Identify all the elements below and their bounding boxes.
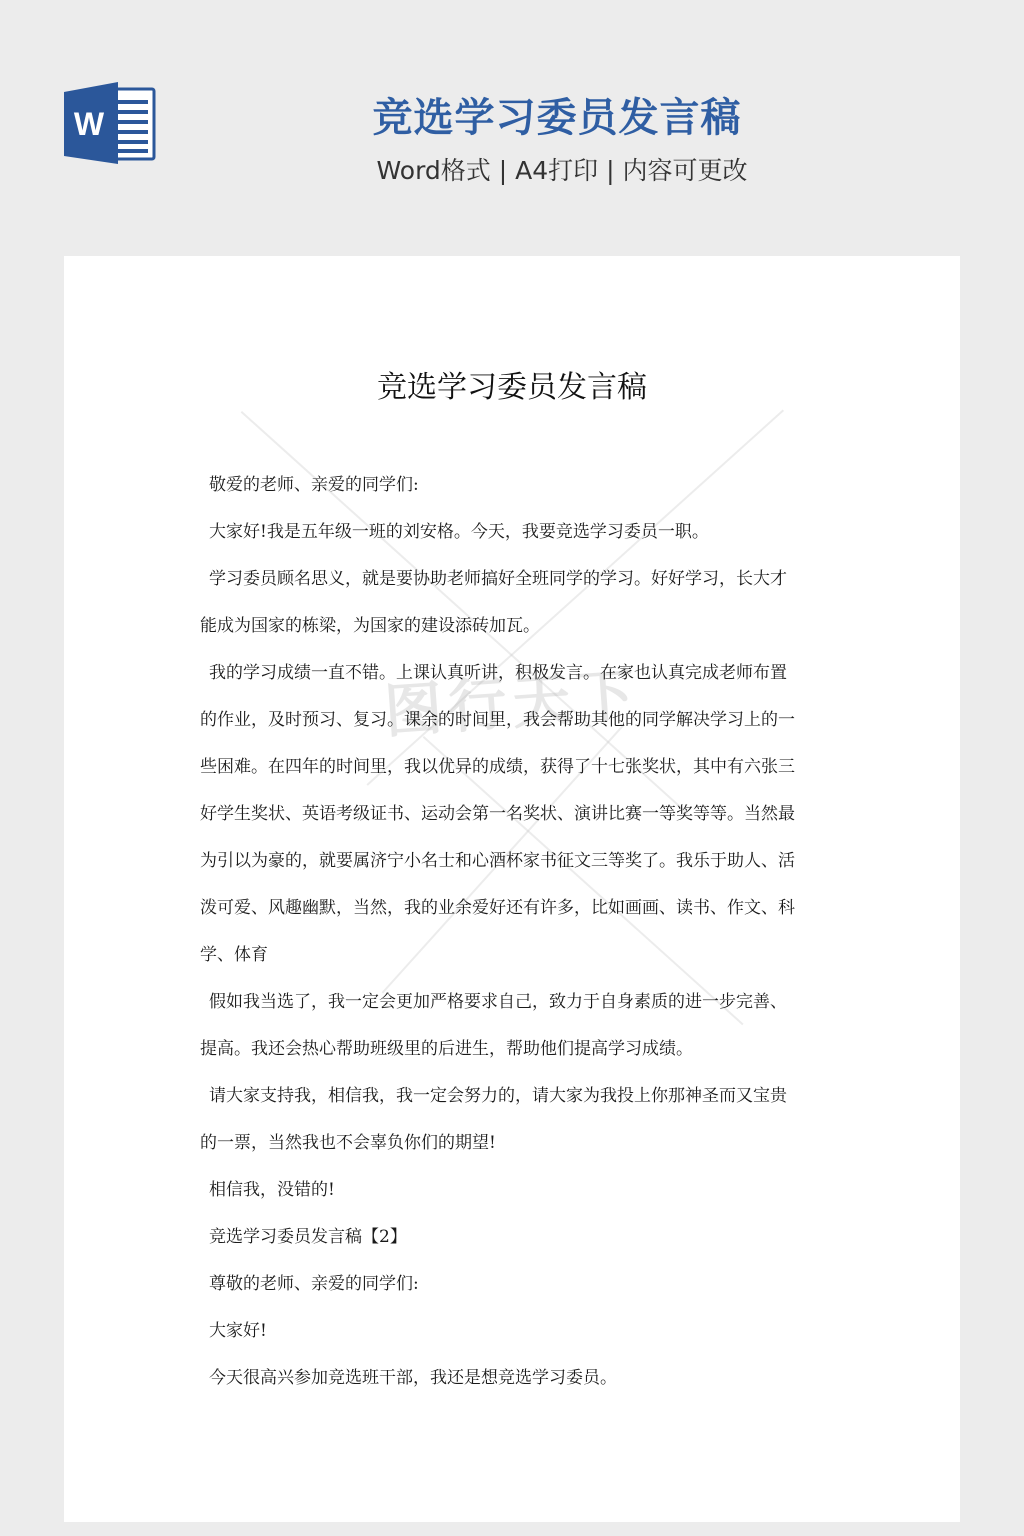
- paragraph-line: 好学生奖状、英语考级证书、运动会第一名奖状、演讲比赛一等奖等等。当然最: [200, 791, 826, 838]
- paragraph-line: 假如我当选了，我一定会更加严格要求自己，致力于自身素质的进一步完善、: [200, 979, 826, 1026]
- paragraph-line: 的作业，及时预习、复习。课余的时间里，我会帮助其他的同学解决学习上的一: [200, 697, 826, 744]
- paragraph-line: 学习委员顾名思义，就是要协助老师搞好全班同学的学习。好好学习，长大才: [200, 556, 826, 603]
- paragraph-line: 为引以为豪的，就要属济宁小名士和心酒杯家书征文三等奖了。我乐于助人、活: [200, 838, 826, 885]
- paragraph-line: 泼可爱、风趣幽默，当然，我的业余爱好还有许多，比如画画、读书、作文、科: [200, 885, 826, 932]
- paragraph-line: 相信我，没错的!: [200, 1167, 826, 1214]
- paragraph-line: 的一票，当然我也不会辜负你们的期望!: [200, 1120, 826, 1167]
- document-page: 图行天下 竞选学习委员发言稿 敬爱的老师、亲爱的同学们: 大家好!我是五年级一班…: [64, 256, 960, 1522]
- header-subtitle: Word格式 | A4打印 | 内容可更改: [0, 153, 1024, 189]
- paragraph-line: 敬爱的老师、亲爱的同学们:: [200, 462, 826, 509]
- paragraph-line: 些困难。在四年的时间里，我以优异的成绩，获得了十七张奖状，其中有六张三: [200, 744, 826, 791]
- header-title: 竞选学习委员发言稿: [0, 92, 1024, 144]
- document-title: 竞选学习委员发言稿: [64, 366, 960, 410]
- paragraph-line: 提高。我还会热心帮助班级里的后进生，帮助他们提高学习成绩。: [200, 1026, 826, 1073]
- paragraph-line: 大家好!我是五年级一班的刘安格。今天，我要竞选学习委员一职。: [200, 509, 826, 556]
- paragraph-line: 大家好!: [200, 1308, 826, 1355]
- section-heading: 竞选学习委员发言稿【2】: [200, 1214, 826, 1261]
- document-body: 敬爱的老师、亲爱的同学们: 大家好!我是五年级一班的刘安格。今天，我要竞选学习委…: [200, 462, 826, 1402]
- paragraph-line: 我的学习成绩一直不错。上课认真听讲，积极发言。在家也认真完成老师布置: [200, 650, 826, 697]
- paragraph-line: 今天很高兴参加竞选班干部，我还是想竞选学习委员。: [200, 1355, 826, 1402]
- paragraph-line: 能成为国家的栋梁，为国家的建设添砖加瓦。: [200, 603, 826, 650]
- paragraph-line: 学、体育: [200, 932, 826, 979]
- paragraph-line: 尊敬的老师、亲爱的同学们:: [200, 1261, 826, 1308]
- paragraph-line: 请大家支持我，相信我，我一定会努力的，请大家为我投上你那神圣而又宝贵: [200, 1073, 826, 1120]
